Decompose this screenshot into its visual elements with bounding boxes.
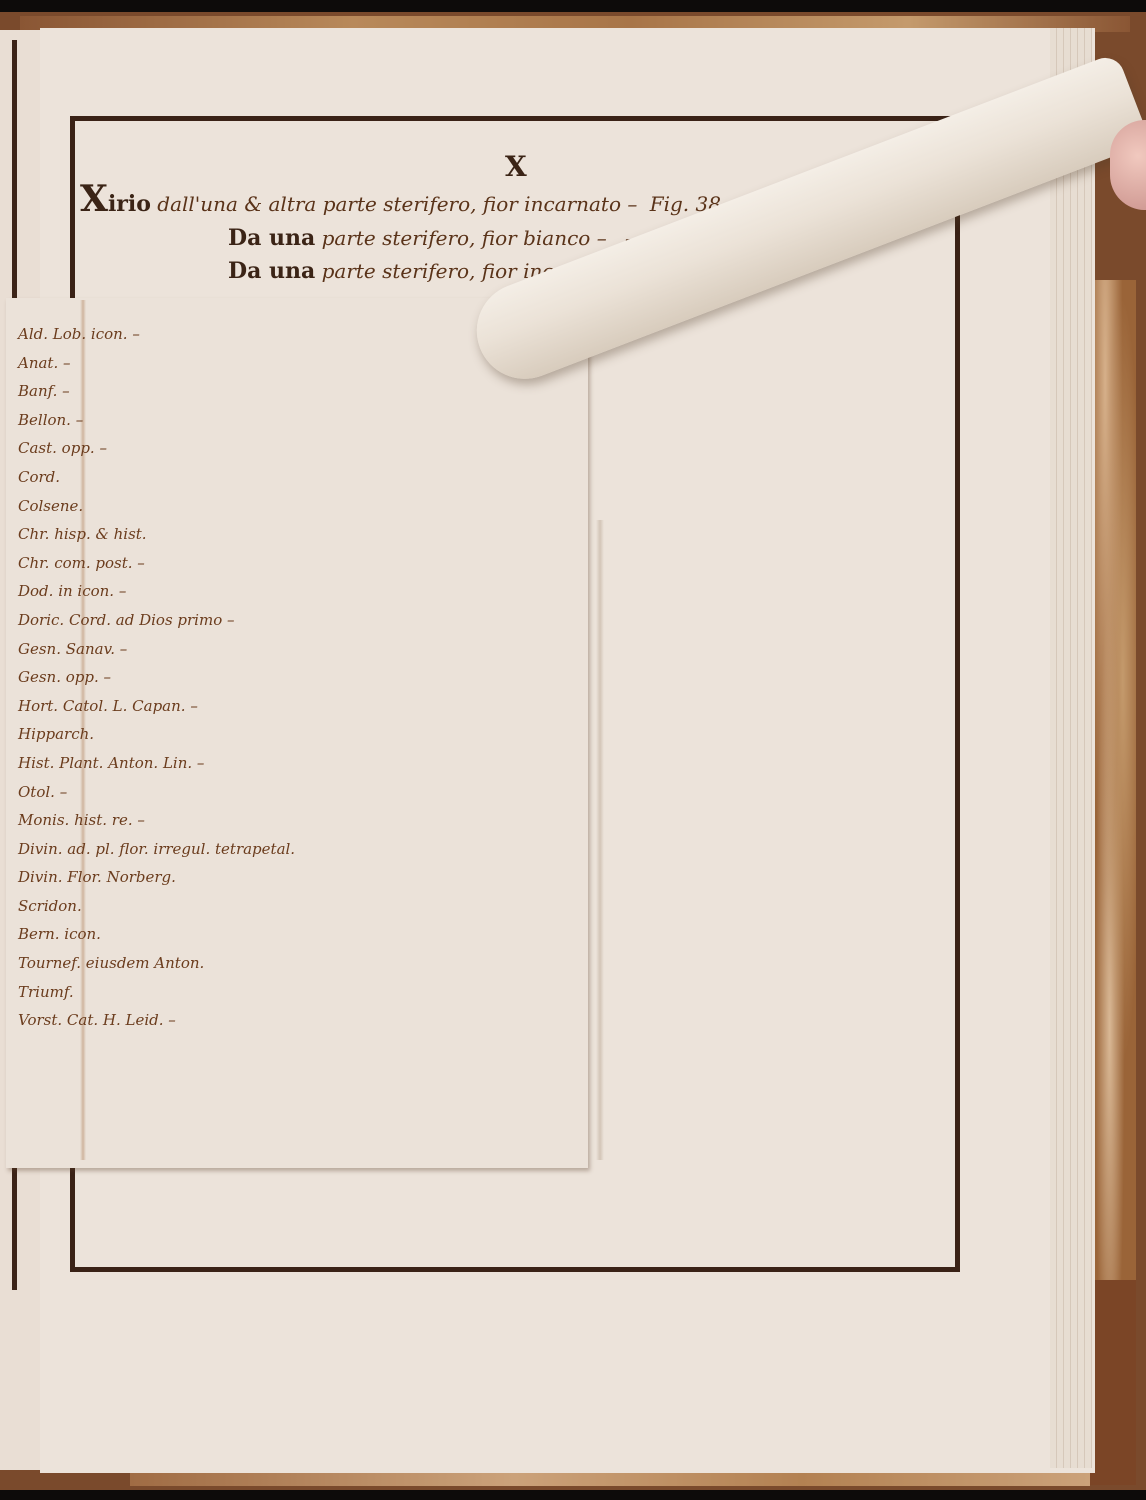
entry-text: parte sterifero, fior bianco xyxy=(322,226,591,250)
list-item: Tournef. eiusdem Anton. xyxy=(18,949,295,978)
list-item: Divin. ad. pl. flor. irregul. tetrapetal… xyxy=(18,835,295,864)
bibliography-list: Ald. Lob. icon. – Anat. – Banf. – Bellon… xyxy=(18,320,295,1035)
entry-text: dall'una & altra parte sterifero, fior i… xyxy=(157,192,621,216)
headword: irio xyxy=(108,191,151,217)
list-item: Ald. Lob. icon. – xyxy=(18,320,295,349)
list-item: Divin. Flor. Norberg. xyxy=(18,863,295,892)
list-item: Cast. opp. – xyxy=(18,434,295,463)
list-item: Gesn. Sanav. – xyxy=(18,635,295,664)
list-item: Cord. xyxy=(18,463,295,492)
list-item: Hipparch. xyxy=(18,720,295,749)
list-item: Hist. Plant. Anton. Lin. – xyxy=(18,749,295,778)
list-item: Gesn. opp. – xyxy=(18,663,295,692)
figure-label: Fig. xyxy=(650,192,689,216)
list-item: Scridon. xyxy=(18,892,295,921)
list-item: Otol. – xyxy=(18,778,295,807)
page-edges xyxy=(1050,28,1092,1468)
list-item: Bellon. – xyxy=(18,406,295,435)
headword: Da una xyxy=(228,258,315,284)
list-item: Banf. – xyxy=(18,377,295,406)
list-item: Chr. com. post. – xyxy=(18,549,295,578)
list-item: Anat. – xyxy=(18,349,295,378)
list-item: Triumf. xyxy=(18,978,295,1007)
list-item: Hort. Catol. L. Capan. – xyxy=(18,692,295,721)
list-item: Bern. icon. xyxy=(18,920,295,949)
list-item: Vorst. Cat. H. Leid. – xyxy=(18,1006,295,1035)
list-item: Chr. hisp. & hist. xyxy=(18,520,295,549)
list-item: Dod. in icon. – xyxy=(18,577,295,606)
marbled-board-right xyxy=(1092,280,1136,1280)
leader-dash: – xyxy=(627,192,643,216)
list-item: Doric. Cord. ad Dios primo – xyxy=(18,606,295,635)
page-crease xyxy=(596,520,604,1160)
leather-corner xyxy=(1090,1280,1136,1485)
headword-initial: X xyxy=(80,178,108,220)
list-item: Monis. hist. re. – xyxy=(18,806,295,835)
headword: Da una xyxy=(228,225,315,251)
index-entry: Xirio dall'una & altra parte sterifero, … xyxy=(80,178,721,220)
list-item: Colsene. xyxy=(18,492,295,521)
